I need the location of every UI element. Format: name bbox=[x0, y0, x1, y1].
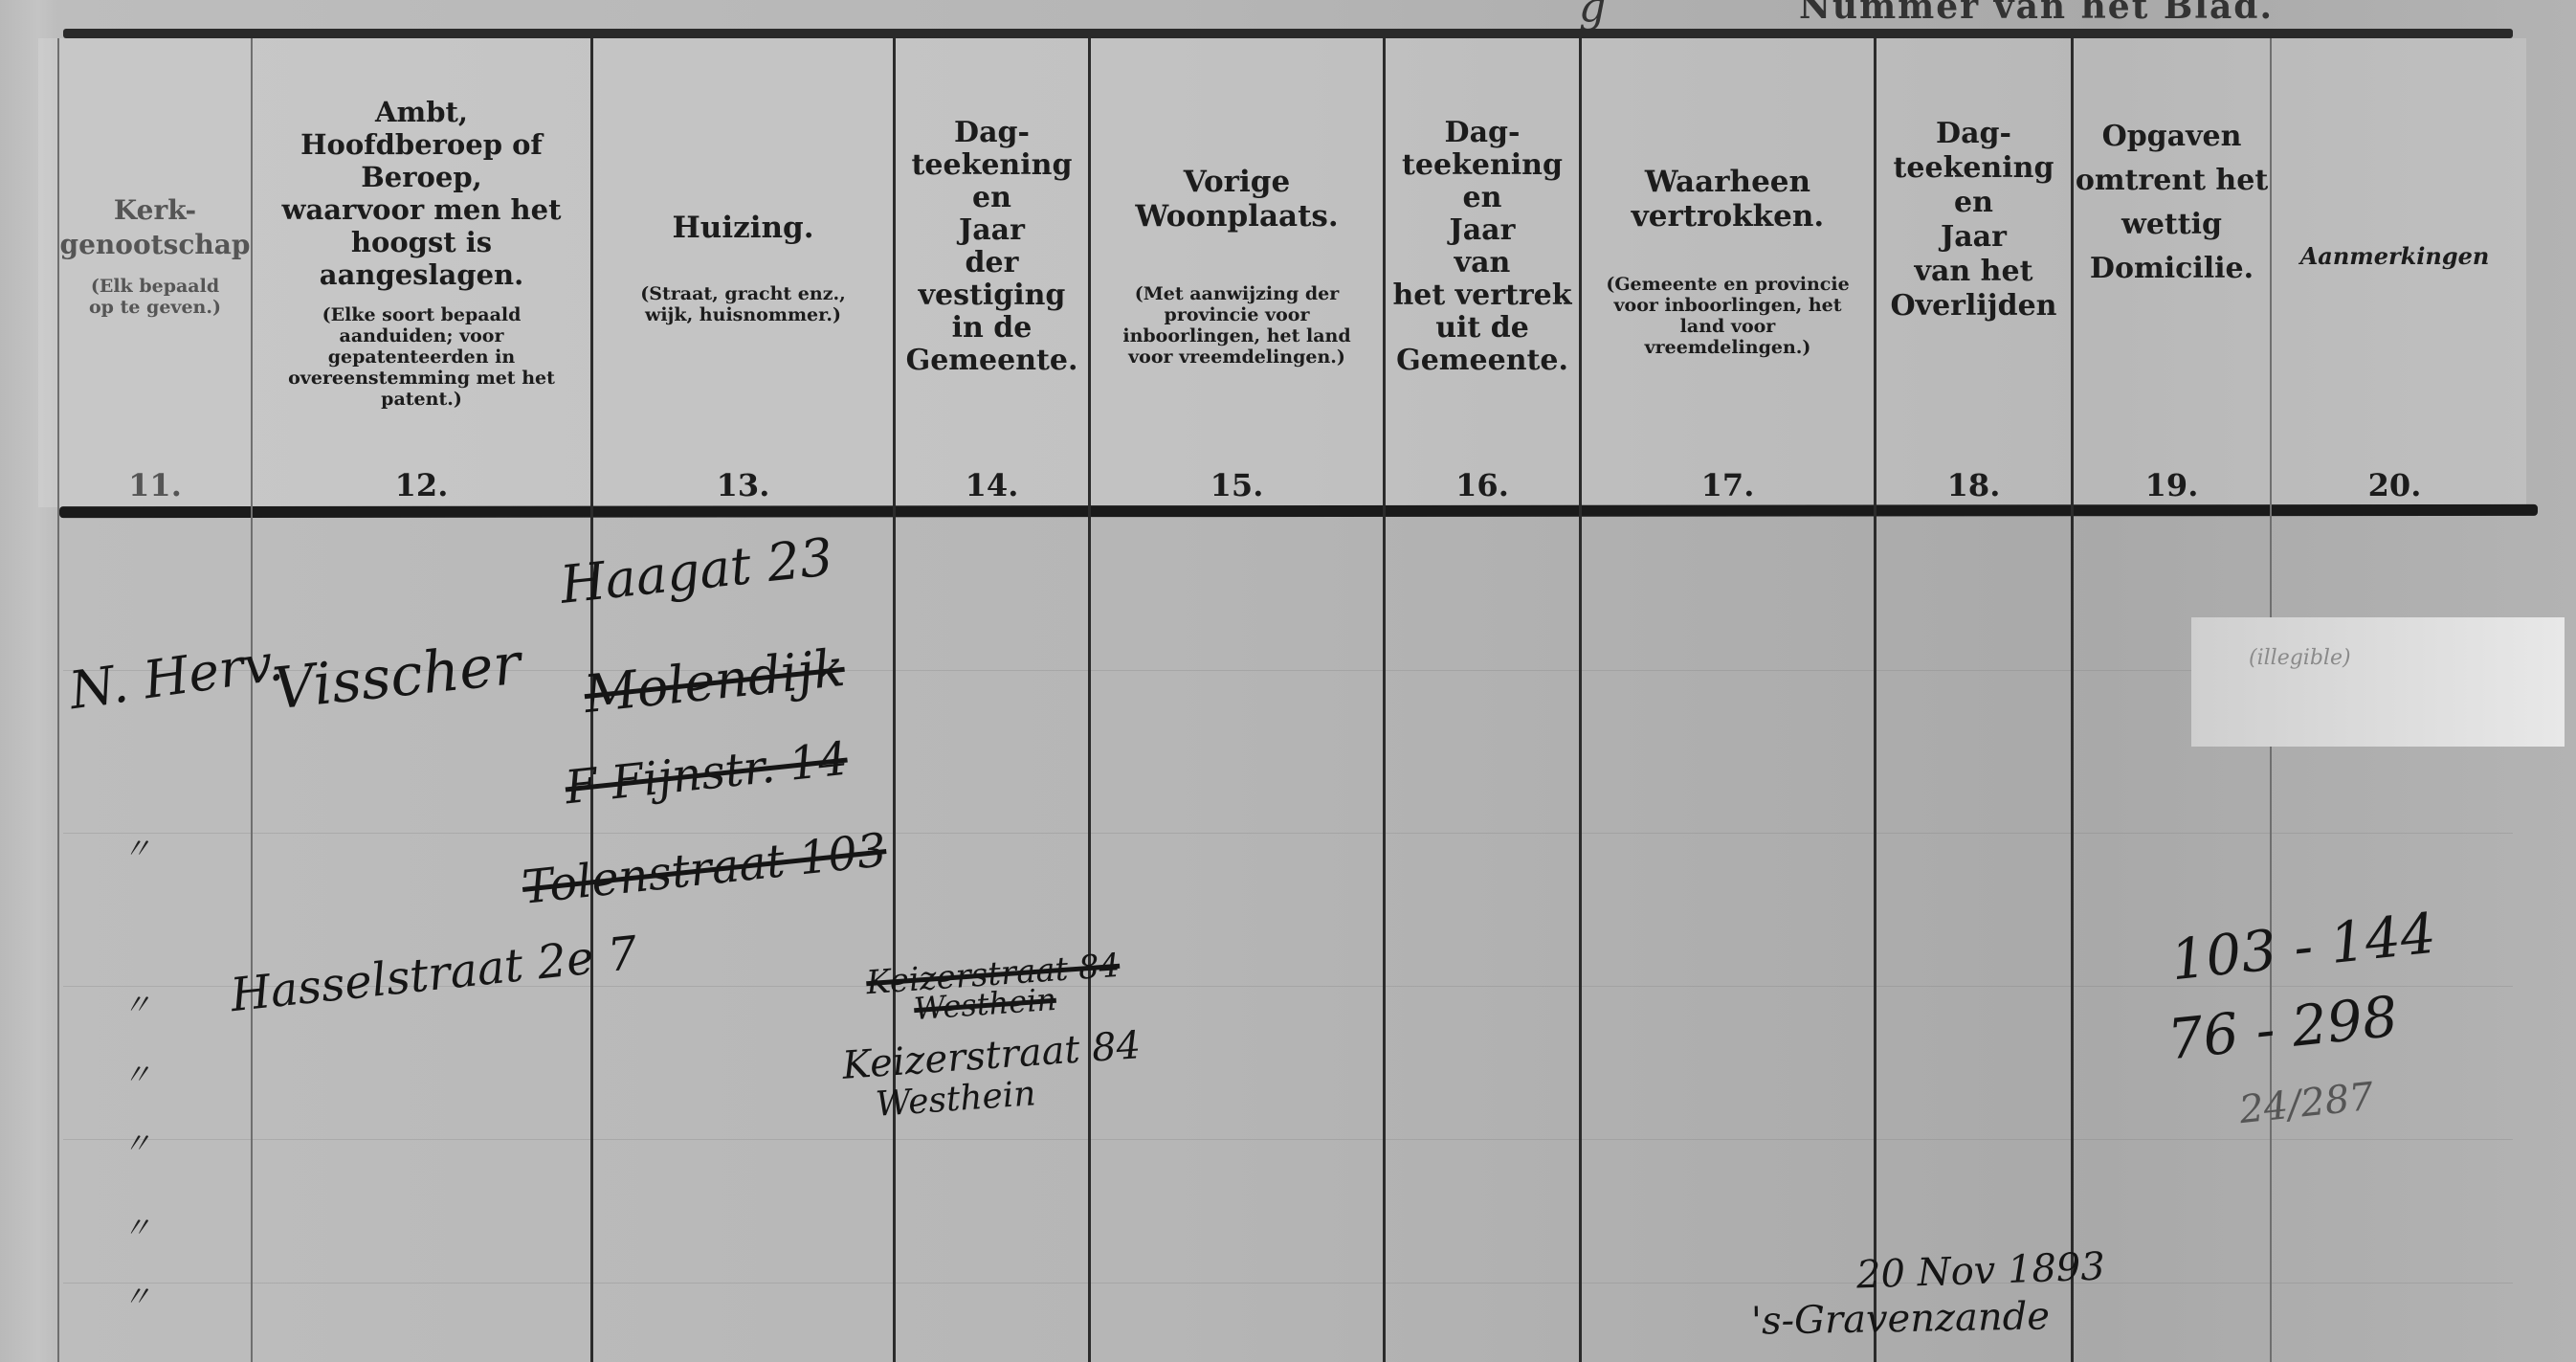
ditto-mark: 〃 bbox=[122, 825, 151, 867]
column-header-16: Dag- teekening en Jaar van het vertrek u… bbox=[1386, 40, 1579, 505]
ditto-mark: 〃 bbox=[122, 1120, 151, 1162]
remark-line-1: 103 - 144 bbox=[2167, 901, 2438, 994]
entry-huizing-4: Tolenstraat 103 bbox=[520, 823, 889, 915]
column-header-15: Vorige Woonplaats. (Met aanwijzing der p… bbox=[1091, 40, 1383, 505]
column-note: (Met aanwijzing der provincie voor inboo… bbox=[1091, 283, 1383, 368]
column-number: 16. bbox=[1386, 467, 1579, 503]
column-note: (Gemeente en provincie voor inboorlingen… bbox=[1582, 274, 1874, 358]
column-header-13: Huizing. (Straat, gracht enz., wijk, hui… bbox=[593, 40, 893, 505]
column-header-14: Dag- teekening en Jaar der vestiging in … bbox=[896, 40, 1088, 505]
column-number: 11. bbox=[59, 467, 251, 503]
column-title: Dag- teekening en Jaar van het vertrek u… bbox=[1392, 117, 1571, 377]
top-rule bbox=[63, 29, 2513, 38]
entry-kerkgenootschap: N. Herv. bbox=[66, 632, 287, 722]
column-header-18: Dag- teekening en Jaar van het Overlijde… bbox=[1876, 40, 2071, 505]
column-note: (Straat, gracht enz., wijk, huisnommer.) bbox=[593, 283, 893, 325]
column-header-11: Kerk- genootschap (Elk bepaald op te gev… bbox=[59, 40, 251, 505]
entry-beroep: Visscher bbox=[270, 631, 523, 724]
column-number: 18. bbox=[1876, 467, 2071, 503]
row-guide bbox=[63, 833, 2513, 834]
header-bottom-rule bbox=[59, 504, 2538, 518]
register-page: g Nummer van het Blad. Kerk- genootschap… bbox=[0, 0, 2576, 1362]
column-number: 14. bbox=[896, 467, 1088, 503]
column-title: Huizing. bbox=[673, 211, 814, 245]
illegible-note-region: (illegible) bbox=[2191, 617, 2565, 747]
column-number: 17. bbox=[1582, 467, 1874, 503]
column-number: 15. bbox=[1091, 467, 1383, 503]
column-number: 20. bbox=[2273, 467, 2517, 503]
column-title: Ambt, Hoofdberoep of Beroep, waarvoor me… bbox=[253, 96, 590, 291]
column-title: Opgaven omtrent het wettig Domicilie. bbox=[2076, 115, 2268, 291]
column-number: 12. bbox=[253, 467, 590, 503]
handwritten-page-mark: g bbox=[1579, 0, 1606, 32]
ditto-mark: 〃 bbox=[122, 1051, 151, 1093]
entry-huizing-1: Haagat 23 bbox=[557, 526, 835, 615]
ditto-mark: 〃 bbox=[122, 1273, 151, 1315]
column-header-12: Ambt, Hoofdberoep of Beroep, waarvoor me… bbox=[253, 40, 590, 505]
ditto-mark: 〃 bbox=[122, 981, 151, 1023]
entry-vertrek-date: 20 Nov 1893 bbox=[1855, 1244, 2105, 1297]
column-title: Dag- teekening en Jaar der vestiging in … bbox=[906, 117, 1078, 377]
remark-line-3: 24/287 bbox=[2237, 1075, 2376, 1132]
column-title: Kerk- genootschap bbox=[60, 193, 251, 262]
illegible-note: (illegible) bbox=[2249, 646, 2351, 670]
row-guide bbox=[63, 1139, 2513, 1140]
column-header-17: Waarheen vertrokken. (Gemeente en provin… bbox=[1582, 40, 1874, 505]
page-number-caption: Nummer van het Blad. bbox=[1799, 0, 2274, 27]
column-header-19: Opgaven omtrent het wettig Domicilie. 19… bbox=[2074, 40, 2270, 505]
column-note: (Elk bepaald op te geven.) bbox=[79, 276, 231, 318]
remark-line-2: 76 - 298 bbox=[2165, 984, 2401, 1073]
column-note: (Elke soort bepaald aanduiden; voor gepa… bbox=[253, 304, 590, 410]
column-title: Dag- teekening en Jaar van het Overlijde… bbox=[1891, 117, 2057, 324]
entry-waarheen: 's-Gravenzande bbox=[1751, 1294, 2051, 1343]
column-title: Waarheen vertrokken. bbox=[1632, 165, 1824, 234]
row-guide bbox=[63, 1283, 2513, 1284]
entry-huizing-3: F Fijnstr. 14 bbox=[563, 732, 850, 815]
ditto-mark: 〃 bbox=[122, 1204, 151, 1246]
column-number: 13. bbox=[593, 467, 893, 503]
column-number: 19. bbox=[2074, 467, 2270, 503]
column-header-20: Aanmerkingen 20. bbox=[2273, 40, 2517, 505]
entry-huizing-2: Molendijk bbox=[581, 637, 847, 725]
entry-huizing-later: Hasselstraat 2e 7 bbox=[228, 927, 639, 1022]
column-title: Aanmerkingen bbox=[2300, 239, 2490, 274]
column-title: Vorige Woonplaats. bbox=[1135, 165, 1338, 234]
